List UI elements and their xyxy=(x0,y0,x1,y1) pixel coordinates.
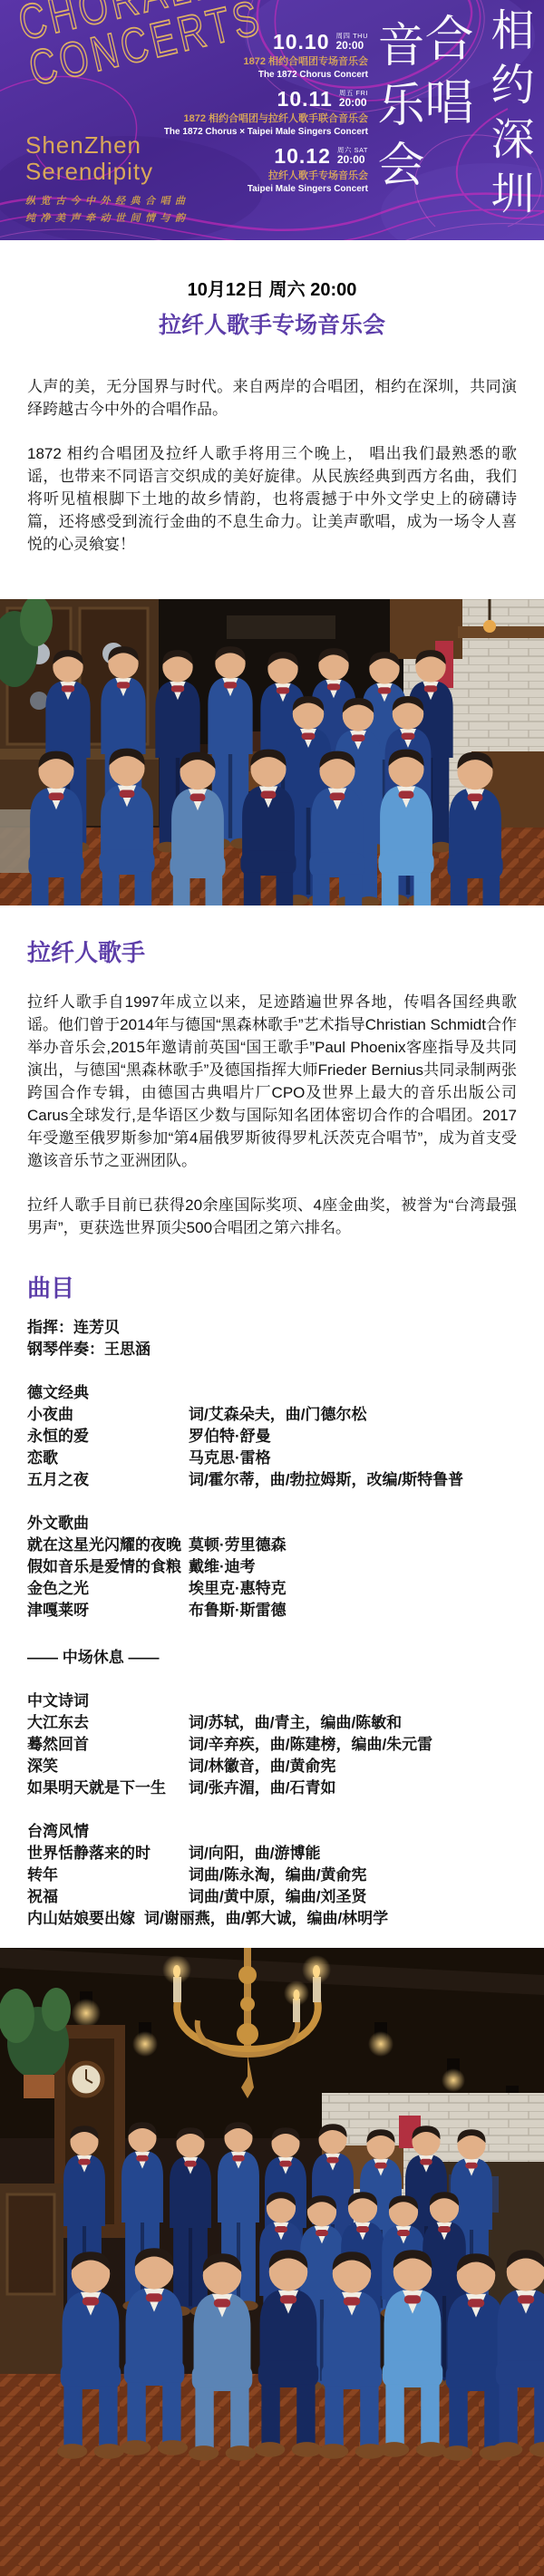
song-row: 小夜曲词/艾森朵夫，曲/门德尔松 xyxy=(27,1404,517,1426)
event-date-row: 10.12周六 SAT20:00 xyxy=(153,145,368,167)
song-credits: 罗伯特·舒曼 xyxy=(189,1426,271,1448)
concert-datetime: 10月12日 周六 20:00 xyxy=(27,280,517,301)
banner-subtitle-line2: Serendipity xyxy=(25,159,153,185)
song-credits: 莫顿·劳里德森 xyxy=(189,1535,287,1556)
banner-events: 10.10周四 THU20:001872 相约合唱团专场音乐会The 1872 … xyxy=(153,31,368,202)
song-credits: 词/辛弃疾，曲/陈建榜，编曲/朱元雷 xyxy=(189,1734,432,1756)
song-row: 如果明天就是下一生词/张卉湄，曲/石青如 xyxy=(27,1777,517,1799)
song-title: 假如音乐是爱情的食粮 xyxy=(27,1556,189,1578)
paragraph: 拉纤人歌手自1997年成立以来，足迹踏遍世界各地，传唱各国经典歌谣。他们曾于20… xyxy=(27,991,517,1172)
song-row: 转年词曲/陈永淘，编曲/黄俞宪 xyxy=(27,1864,517,1886)
program-category: 中文诗词 xyxy=(27,1690,517,1712)
song-title: 深笑 xyxy=(27,1756,189,1777)
event-title-en: The 1872 Chorus Concert xyxy=(153,69,368,81)
song-title: 永恒的爱 xyxy=(27,1426,189,1448)
program-category: 台湾风情 xyxy=(27,1821,517,1843)
song-credits: 词曲/黄中原，编曲/刘圣贤 xyxy=(189,1886,366,1908)
event-date: 10.10 xyxy=(273,31,330,53)
event-date-row: 10.11周五 FRI20:00 xyxy=(153,88,368,110)
event-date: 10.11 xyxy=(277,88,333,110)
song-credits: 布鲁斯·斯雷德 xyxy=(189,1600,287,1622)
article-page: CHORALE CONCERTS ShenZhen Serendipity 纵览… xyxy=(0,0,544,2576)
program-group: 外文歌曲就在这星光闪耀的夜晚莫顿·劳里德森假如音乐是爱情的食粮戴维·迪考金色之光… xyxy=(27,1513,517,1622)
song-credits: 词/苏轼，曲/青主，编曲/陈敏和 xyxy=(189,1712,402,1734)
song-title: 祝福 xyxy=(27,1886,189,1908)
credit-line: 钢琴伴奏：王思涵 xyxy=(27,1339,517,1361)
song-title: 金色之光 xyxy=(27,1578,189,1600)
intro-paragraphs: 人声的美，无分国界与时代。来自两岸的合唱团，相约在深圳，共同演绎跨越古今中外的合… xyxy=(27,375,517,556)
song-title: 恋歌 xyxy=(27,1448,189,1469)
program-credits: 指挥：连芳贝钢琴伴奏：王思涵 xyxy=(27,1317,517,1361)
song-title: 蓦然回首 xyxy=(27,1734,189,1756)
event-title-en: The 1872 Chorus × Taipei Male Singers Co… xyxy=(153,126,368,138)
concert-title: 拉纤人歌手专场音乐会 xyxy=(27,313,517,339)
song-row: 大江东去词/苏轼，曲/青主，编曲/陈敏和 xyxy=(27,1712,517,1734)
song-credits: 词/艾森朵夫，曲/门德尔松 xyxy=(189,1404,366,1426)
wall-clock xyxy=(70,2063,102,2096)
song-row: 津嘎莱呀布鲁斯·斯雷德 xyxy=(27,1600,517,1622)
program-part-2: 中文诗词大江东去词/苏轼，曲/青主，编曲/陈敏和蓦然回首词/辛弃疾，曲/陈建榜，… xyxy=(27,1690,517,1930)
event-title-cn: 1872 相约合唱团与拉纤人歌手联合音乐会 xyxy=(153,112,368,125)
paragraph: 人声的美，无分国界与时代。来自两岸的合唱团，相约在深圳，共同演绎跨越古今中外的合… xyxy=(27,375,517,421)
about-paragraphs: 拉纤人歌手自1997年成立以来，足迹踏遍世界各地，传唱各国经典歌谣。他们曾于20… xyxy=(27,991,517,1239)
program-heading: 曲目 xyxy=(27,1273,517,1303)
song-credits: 词/林徽音，曲/黄俞宪 xyxy=(189,1756,335,1777)
song-credits: 马克思·雷格 xyxy=(189,1448,271,1469)
banner: CHORALE CONCERTS ShenZhen Serendipity 纵览… xyxy=(0,0,544,240)
song-credits: 戴维·迪考 xyxy=(189,1556,256,1578)
program-part-1: 德文经典小夜曲词/艾森朵夫，曲/门德尔松永恒的爱罗伯特·舒曼恋歌马克思·雷格五月… xyxy=(27,1382,517,1622)
paragraph: 1872 相约合唱团及拉纤人歌手将用三个晚上， 唱出我们最熟悉的歌谣，也带来不同… xyxy=(27,442,517,556)
song-credits: 词/向阳，曲/游博能 xyxy=(189,1843,320,1864)
song-credits: 词曲/陈永淘，编曲/黄俞宪 xyxy=(189,1864,366,1886)
song-title: 大江东去 xyxy=(27,1712,189,1734)
credit-line: 指挥：连芳贝 xyxy=(27,1317,517,1339)
song-row: 永恒的爱罗伯特·舒曼 xyxy=(27,1426,517,1448)
song-row: 金色之光埃里克·惠特克 xyxy=(27,1578,517,1600)
song-row: 深笑词/林徽音，曲/黄俞宪 xyxy=(27,1756,517,1777)
banner-tagline-line2: 纯净美声牵动世间情与韵 xyxy=(25,210,190,228)
program-group: 中文诗词大江东去词/苏轼，曲/青主，编曲/陈敏和蓦然回首词/辛弃疾，曲/陈建榜，… xyxy=(27,1690,517,1799)
banner-subtitle: ShenZhen Serendipity xyxy=(25,132,153,185)
program-group: 台湾风情世界恬静落来的时词/向阳，曲/游博能转年词曲/陈永淘，编曲/黄俞宪祝福词… xyxy=(27,1821,517,1930)
song-row: 恋歌马克思·雷格 xyxy=(27,1448,517,1469)
song-title: 世界恬静落来的时 xyxy=(27,1843,189,1864)
song-row: 内山姑娘要出嫁词/谢丽燕，曲/郭大诚，编曲/林明学 xyxy=(27,1908,517,1930)
event-item: 10.10周四 THU20:001872 相约合唱团专场音乐会The 1872 … xyxy=(153,31,368,81)
event-title-cn: 1872 相约合唱团专场音乐会 xyxy=(153,55,368,68)
song-row: 五月之夜词/霍尔蒂，曲/勃拉姆斯，改编/斯特鲁普 xyxy=(27,1469,517,1491)
event-title-cn: 拉纤人歌手专场音乐会 xyxy=(153,169,368,182)
song-credits: 词/霍尔蒂，曲/勃拉姆斯，改编/斯特鲁普 xyxy=(189,1469,463,1491)
event-date-row: 10.10周四 THU20:00 xyxy=(153,31,368,53)
song-title: 小夜曲 xyxy=(27,1404,189,1426)
about-heading: 拉纤人歌手 xyxy=(27,938,517,967)
event-item: 10.12周六 SAT20:00拉纤人歌手专场音乐会Taipei Male Si… xyxy=(153,145,368,195)
interlude-label: —— 中场休息 —— xyxy=(27,1647,517,1669)
song-row: 假如音乐是爱情的食粮戴维·迪考 xyxy=(27,1556,517,1578)
vertical-title-col-right: 相约深圳 xyxy=(477,7,539,225)
article-body: 10月12日 周六 20:00 拉纤人歌手专场音乐会 人声的美，无分国界与时代。… xyxy=(0,280,544,2576)
song-credits: 埃里克·惠特克 xyxy=(189,1578,287,1600)
song-credits: 词/张卉湄，曲/石青如 xyxy=(189,1777,335,1799)
event-item: 10.11周五 FRI20:001872 相约合唱团与拉纤人歌手联合音乐会The… xyxy=(153,88,368,138)
song-row: 蓦然回首词/辛弃疾，曲/陈建榜，编曲/朱元雷 xyxy=(27,1734,517,1756)
song-title: 如果明天就是下一生 xyxy=(27,1777,189,1799)
song-row: 世界恬静落来的时词/向阳，曲/游博能 xyxy=(27,1843,517,1864)
banner-subtitle-line1: ShenZhen xyxy=(25,132,153,159)
choir-photo-wide xyxy=(0,1948,544,2576)
song-title: 内山姑娘要出嫁 xyxy=(27,1908,135,1930)
event-date: 10.12 xyxy=(274,145,331,167)
program-group: 德文经典小夜曲词/艾森朵夫，曲/门德尔松永恒的爱罗伯特·舒曼恋歌马克思·雷格五月… xyxy=(27,1382,517,1491)
song-title: 转年 xyxy=(27,1864,189,1886)
song-title: 津嘎莱呀 xyxy=(27,1600,189,1622)
choir-photo-front xyxy=(0,599,544,905)
program-category: 德文经典 xyxy=(27,1382,517,1404)
song-title: 五月之夜 xyxy=(27,1469,189,1491)
song-row: 就在这星光闪耀的夜晚莫顿·劳里德森 xyxy=(27,1535,517,1556)
program-category: 外文歌曲 xyxy=(27,1513,517,1535)
song-credits: 词/谢丽燕，曲/郭大诚，编曲/林明学 xyxy=(144,1908,388,1930)
vertical-title-col-middle: 合唱 xyxy=(411,13,481,140)
song-title: 就在这星光闪耀的夜晚 xyxy=(27,1535,189,1556)
song-row: 祝福词曲/黄中原，编曲/刘圣贤 xyxy=(27,1886,517,1908)
event-title-en: Taipei Male Singers Concert xyxy=(153,183,368,195)
paragraph: 拉纤人歌手目前已获得20余座国际奖项、4座金曲奖，被誉为“台湾最强男声”，更获选… xyxy=(27,1194,517,1239)
